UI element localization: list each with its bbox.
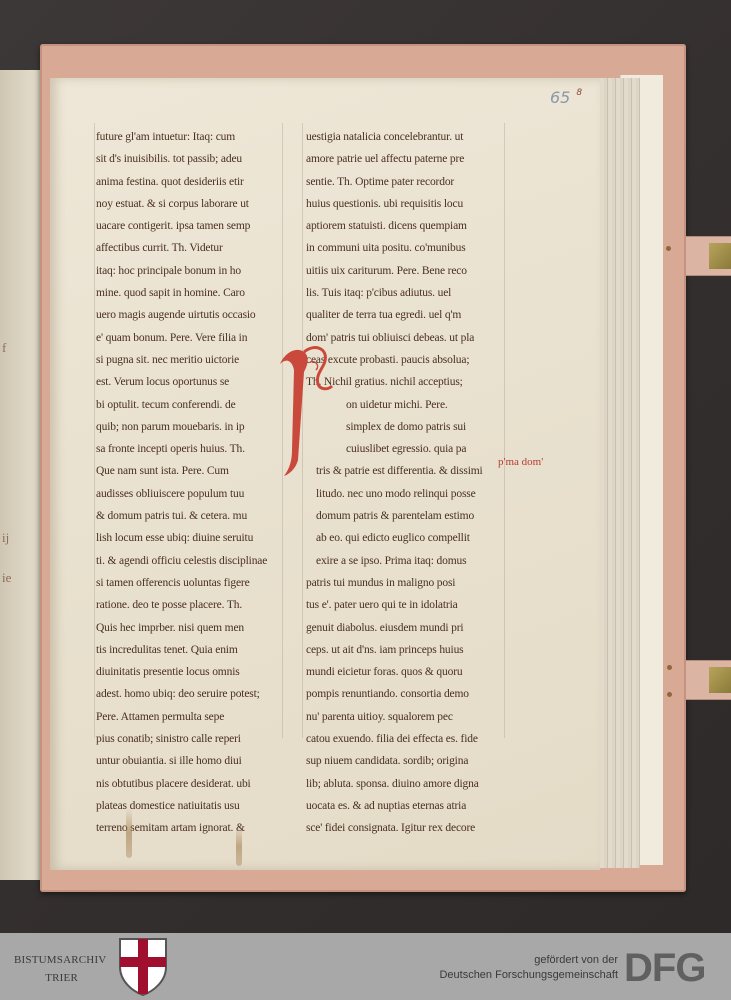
text-line: quib; non parum mouebaris. in ip	[96, 416, 278, 438]
nail-icon	[667, 665, 672, 670]
funding-credit: gefördert von der Deutschen Forschungsge…	[380, 953, 618, 983]
text-line: aptiorem statuisti. dicens quempiam	[306, 215, 502, 237]
text-line: & domum patris tui. & cetera. mu	[96, 505, 278, 527]
text-line: lib; abluta. sponsa. diuino amore digna	[306, 773, 502, 795]
archive-name[interactable]: BISTUMSARCHIV TRIER	[14, 951, 78, 987]
dfg-logo[interactable]: DFG	[624, 951, 705, 985]
text-line: nis obtutibus placere desiderat. ubi	[96, 773, 278, 795]
stain-mark	[236, 826, 242, 866]
ruling-line	[94, 123, 95, 738]
text-line: amore patrie uel affectu paterne pre	[306, 148, 502, 170]
folio-number: 658	[550, 88, 582, 107]
text-line: pius conatib; sinistro calle reperi	[96, 728, 278, 750]
left-page-mark: ij	[2, 530, 9, 546]
text-line: Que nam sunt ista. Pere. Cum	[96, 460, 278, 482]
text-line: exire a se ipso. Prima itaq: domus	[306, 550, 502, 572]
left-page-mark: ie	[2, 570, 11, 586]
text-line: Pere. Attamen permulta sepe	[96, 706, 278, 728]
text-line: uocata es. & ad nuptias eternas atria	[306, 795, 502, 817]
text-line: pompis renuntiando. consortia demo	[306, 683, 502, 705]
text-line: si tamen offerencis uoluntas figere	[96, 572, 278, 594]
text-line: e' quam bonum. Pere. Vere filia in	[96, 327, 278, 349]
stain-mark	[126, 808, 132, 858]
archive-line2: TRIER	[14, 969, 78, 987]
left-page-mark: f	[2, 340, 6, 356]
text-line: ab eo. qui edicto euglico compellit	[306, 527, 502, 549]
text-line: noy estuat. & si corpus laborare ut	[96, 193, 278, 215]
page-edges	[596, 78, 640, 868]
text-line: mundi eicietur foras. quos & quoru	[306, 661, 502, 683]
clasp-strap-top	[686, 236, 731, 276]
nail-icon	[666, 246, 671, 251]
text-line: litudo. nec uno modo relinqui posse	[306, 483, 502, 505]
text-line: anima festina. quot desideriis etir	[96, 171, 278, 193]
text-line: adest. homo ubiq: deo seruire potest;	[96, 683, 278, 705]
ruling-line	[504, 123, 505, 738]
text-column-left: future gl'am intuetur: Itaq: cum sit d's…	[96, 126, 278, 840]
text-line: est. Verum locus oportunus se	[96, 371, 278, 393]
text-line: patris tui mundus in maligno posi	[306, 572, 502, 594]
text-line: nu' parenta uitioy. squalorem pec	[306, 706, 502, 728]
text-line: huius questionis. ubi requisitis locu	[306, 193, 502, 215]
text-line: lis. Tuis itaq: p'cibus adiutus. uel	[306, 282, 502, 304]
text-line: diuinitatis presentie locus omnis	[96, 661, 278, 683]
text-line: audisses obliuiscere populum tuu	[96, 483, 278, 505]
text-line: future gl'am intuetur: Itaq: cum	[96, 126, 278, 148]
brass-clasp-icon	[709, 243, 731, 269]
text-line: domum patris & parentelam estimo	[306, 505, 502, 527]
text-line: terreno semitam artam ignorat. &	[96, 817, 278, 839]
text-line: sce' fidei consignata. Igitur rex decore	[306, 817, 502, 839]
text-line: tus e'. pater uero qui te in idolatria	[306, 594, 502, 616]
manuscript-viewer[interactable]: f ij ie 658 future gl'am intuetur: Itaq:…	[0, 0, 731, 933]
text-line: uacare contigerit. ipsa tamen semp	[96, 215, 278, 237]
text-line: Quis hec imprber. nisi quem men	[96, 617, 278, 639]
text-line: untur obuiantia. si ille homo diui	[96, 750, 278, 772]
text-line: si pugna sit. nec meritio uictorie	[96, 349, 278, 371]
text-line: ti. & agendi officiu celestis disciplina…	[96, 550, 278, 572]
text-line: affectibus currit. Th. Videtur	[96, 237, 278, 259]
text-line: lish locum esse ubiq: diuine seruitu	[96, 527, 278, 549]
funding-line1: gefördert von der	[380, 953, 618, 968]
nail-icon	[667, 692, 672, 697]
text-line: uestigia natalicia concelebrantur. ut	[306, 126, 502, 148]
text-line: ceps. ut ait d'ns. iam princeps huius	[306, 639, 502, 661]
manuscript-page-recto: 658 future gl'am intuetur: Itaq: cum sit…	[50, 78, 600, 870]
archive-line1: BISTUMSARCHIV	[14, 951, 78, 969]
text-line: in communi uita positu. co'munibus	[306, 237, 502, 259]
folio-sub: 8	[576, 88, 582, 98]
text-line: genuit diabolus. eiusdem mundi pri	[306, 617, 502, 639]
text-line: bi optulit. tecum conferendi. de	[96, 394, 278, 416]
text-line: ratione. deo te posse placere. Th.	[96, 594, 278, 616]
text-line: qualiter de terra tua egredi. uel q'm	[306, 304, 502, 326]
text-line: catou exuendo. filia dei effecta es. fid…	[306, 728, 502, 750]
text-line: sentie. Th. Optime pater recordor	[306, 171, 502, 193]
text-line: sa fronte incepti operis huius. Th.	[96, 438, 278, 460]
decorated-initial-n-icon	[276, 340, 336, 480]
folio-number-text: 65	[550, 88, 570, 107]
text-column-right: uestigia natalicia concelebrantur. ut am…	[306, 126, 502, 840]
text-line: uero magis augende uirtutis occasio	[96, 304, 278, 326]
text-line: uitiis uix cariturum. Pere. Bene reco	[306, 260, 502, 282]
text-line: tis incredulitas tenet. Quia enim	[96, 639, 278, 661]
brass-clasp-icon	[709, 667, 731, 693]
text-line: mine. quod sapit in homine. Caro	[96, 282, 278, 304]
text-line: plateas domestice natiuitatis usu	[96, 795, 278, 817]
text-line: sit d's inuisibilis. tot passib; adeu	[96, 148, 278, 170]
funding-line2: Deutschen Forschungsgemeinschaft	[380, 968, 618, 983]
clasp-strap-bottom	[686, 660, 731, 700]
trier-coat-of-arms-icon[interactable]	[118, 937, 168, 997]
marginal-note: p'ma dom'	[498, 456, 543, 468]
text-line: itaq: hoc principale bonum in ho	[96, 260, 278, 282]
text-line: sup niuem candidata. sordib; origina	[306, 750, 502, 772]
footer-banner: BISTUMSARCHIV TRIER gefördert von der De…	[0, 933, 731, 1000]
